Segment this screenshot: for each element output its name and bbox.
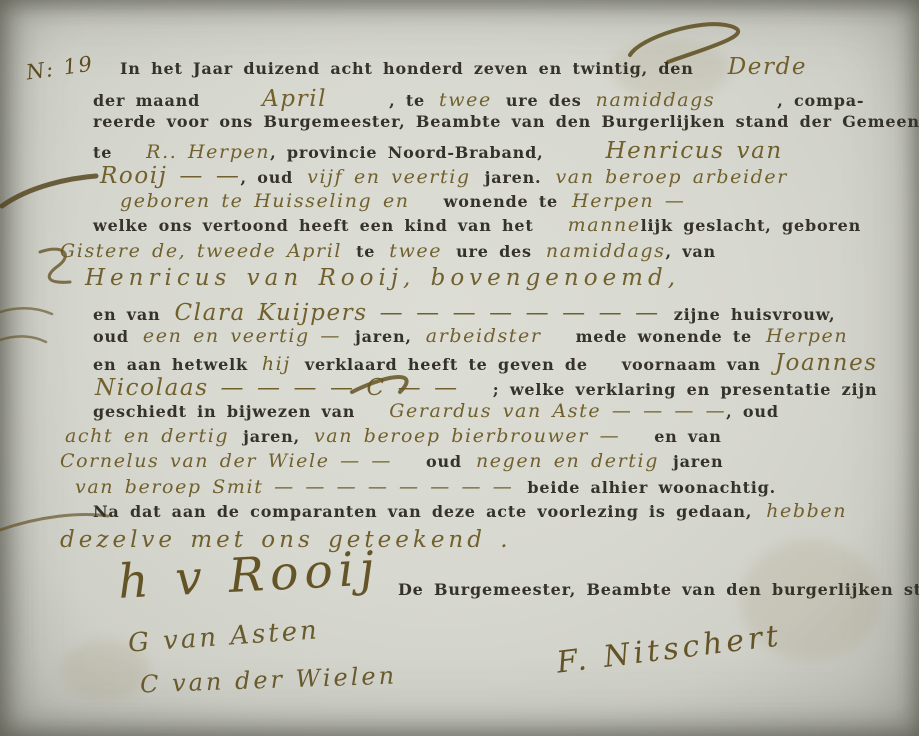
handwritten-text: van beroep arbeider (555, 166, 788, 188)
act-text-line: der maandApril, tetweeure desnamiddags, … (93, 86, 864, 112)
printed-text: jaren, (355, 327, 412, 346)
handwritten-text: Nicolaas — — — — C — — (95, 375, 459, 401)
handwritten-text: Rooij — — (100, 163, 241, 189)
handwritten-text: van beroep Smit — — — — — — — — (75, 476, 513, 498)
act-text-line: geboren te Huisseling enwonende teHerpen… (120, 190, 685, 212)
handwritten-text: vijf en veertig (307, 166, 470, 188)
handwritten-text: Herpen — (572, 190, 685, 212)
printed-text: en van (93, 305, 160, 324)
handwritten-text: een en veertig — (143, 325, 341, 347)
printed-text: In het Jaar duizend acht honderd zeven e… (120, 59, 694, 78)
handwritten-text: Clara Kuijpers — — — — — — — — (174, 300, 659, 326)
act-text-line: geschiedt in bijwezen vanGerardus van As… (93, 400, 779, 422)
printed-text: oud (426, 452, 462, 471)
printed-text: , provincie Noord-Braband, (270, 143, 543, 162)
handwritten-text: Gerardus van Aste — — — — (389, 400, 726, 422)
handwritten-text: Herpen (766, 325, 848, 347)
handwritten-text: arbeidster (426, 325, 542, 347)
officiant-label: De Burgemeester, Beambte van den burgerl… (398, 580, 919, 599)
printed-text: , van (665, 242, 715, 261)
printed-text: beide alhier woonachtig. (527, 478, 776, 497)
handwritten-text: namiddags (546, 240, 666, 262)
handwritten-text: Gistere de, tweede April (60, 240, 342, 262)
act-text-line: teR.. Herpen, provincie Noord-Braband,He… (93, 138, 783, 164)
handwritten-text: April (262, 86, 327, 112)
printed-text: , oud (726, 402, 779, 421)
printed-text: verklaard heeft te geven de (305, 355, 588, 374)
act-text-line: oudeen en veertig —jaren,arbeidstermede … (93, 325, 848, 347)
printed-text: wonende te (444, 192, 558, 211)
printed-text: jaren (673, 452, 723, 471)
printed-text: lijk geslacht, geboren (641, 216, 861, 235)
act-text-line: Nicolaas — — — — C — —; welke verklaring… (95, 375, 877, 401)
handwritten-text: negen en dertig (476, 450, 659, 472)
handwritten-text: Henricus van Rooij, bovengenoemd, (85, 265, 680, 291)
handwritten-text: R.. Herpen (146, 141, 270, 163)
act-text-line: en aan hetwelkhijverklaard heeft te geve… (93, 350, 878, 376)
act-text-line: Henricus van Rooij, bovengenoemd, (85, 265, 680, 291)
act-text-line: Na dat aan de comparanten van deze acte … (93, 500, 847, 522)
act-text-line: reerde voor ons Burgemeester, Beambte va… (93, 112, 919, 131)
handwritten-text: namiddags (596, 89, 716, 111)
printed-text: jaren. (485, 168, 542, 187)
act-text-line: Rooij — —, oudvijf en veertigjaren.van b… (100, 163, 788, 189)
handwritten-text: Henricus van (605, 138, 782, 164)
handwritten-text: geboren te Huisseling en (120, 190, 410, 212)
act-text-line: en vanClara Kuijpers — — — — — — — —zijn… (93, 300, 835, 326)
handwritten-text: van beroep bierbrouwer — (314, 425, 620, 447)
handwritten-text: Derde (728, 54, 807, 80)
printed-text: , compa- (777, 91, 864, 110)
act-text-line: acht en dertigjaren,van beroep bierbrouw… (65, 425, 722, 447)
handwritten-text: twee (439, 89, 492, 111)
printed-text: mede wonende te (576, 327, 752, 346)
printed-text: ure des (506, 91, 582, 110)
handwritten-text: hebben (766, 500, 847, 522)
printed-text: zijne huisvrouw, (674, 305, 836, 324)
printed-text: voornaam van (622, 355, 761, 374)
act-text-line: welke ons vertoond heeft een kind van he… (93, 214, 861, 236)
printed-text: en van (654, 427, 721, 446)
printed-text: ; welke verklaring en presentatie zijn (493, 380, 878, 399)
act-text-line: Cornelus van der Wiele — —oudnegen en de… (60, 450, 723, 472)
printed-text: , te (389, 91, 425, 110)
printed-text: welke ons vertoond heeft een kind van he… (93, 216, 534, 235)
handwritten-text: hij (262, 353, 291, 375)
act-text-line: van beroep Smit — — — — — — — —beide alh… (75, 476, 776, 498)
printed-text: jaren, (243, 427, 300, 446)
printed-text: Na dat aan de comparanten van deze acte … (93, 502, 752, 521)
printed-text: ure des (456, 242, 532, 261)
printed-text: en aan hetwelk (93, 355, 248, 374)
act-text-line: In het Jaar duizend acht honderd zeven e… (120, 54, 807, 80)
printed-text: , oud (241, 168, 294, 187)
handwritten-text: Joannes (775, 350, 878, 376)
handwritten-text: acht en dertig (65, 425, 229, 447)
handwritten-text: Cornelus van der Wiele — — (60, 450, 392, 472)
printed-text: te (93, 143, 112, 162)
printed-text: der maand (93, 91, 200, 110)
printed-text: oud (93, 327, 129, 346)
act-text-line: Gistere de, tweede Apriltetweeure desnam… (60, 240, 716, 262)
handwritten-text: twee (389, 240, 442, 262)
printed-text: geschiedt in bijwezen van (93, 402, 355, 421)
handwritten-text: manne (568, 214, 641, 236)
printed-text: reerde voor ons Burgemeester, Beambte va… (93, 112, 919, 131)
printed-text: te (356, 242, 375, 261)
